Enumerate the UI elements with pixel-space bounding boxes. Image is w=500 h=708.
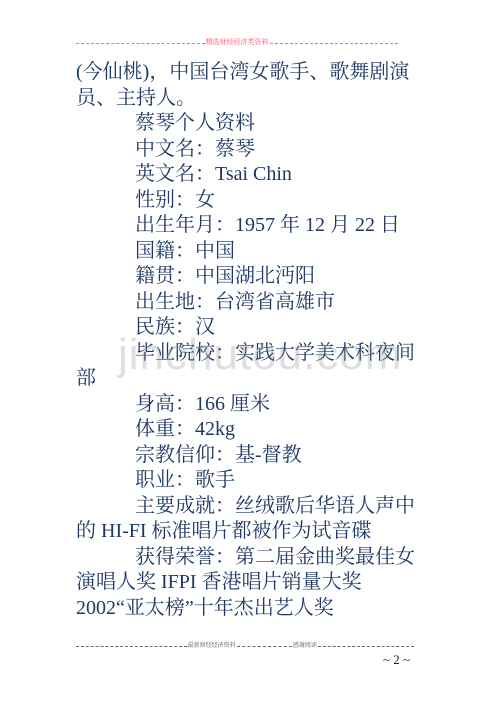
footer-label-right: 感谢阅读 bbox=[292, 642, 318, 650]
footer-dash bbox=[76, 646, 187, 647]
body-line: (今仙桃)，中国台湾女歌手、歌舞剧演 bbox=[76, 60, 416, 86]
field-school-cont: 部 bbox=[76, 366, 416, 392]
field-honors-cont: 2002“亚太榜”十年杰出艺人奖 bbox=[76, 596, 416, 622]
field-native-place: 籍贯：中国湖北沔阳 bbox=[76, 264, 416, 290]
field-nationality: 国籍：中国 bbox=[76, 239, 416, 265]
field-weight: 体重：42kg bbox=[76, 417, 416, 443]
field-achievements-cont: 的 HI-FI 标准唱片都被作为试音碟 bbox=[76, 519, 416, 545]
field-religion: 宗教信仰：基-督教 bbox=[76, 443, 416, 469]
field-ethnicity: 民族：汉 bbox=[76, 315, 416, 341]
header-label: 精选财经经济类资料 bbox=[205, 38, 270, 47]
page-number: ~ 2 ~ bbox=[383, 652, 410, 668]
field-birth-date: 出生年月：1957 年 12 月 22 日 bbox=[76, 213, 416, 239]
page-footer-rule: 最新财经经济资料 感谢阅读 bbox=[76, 642, 414, 650]
field-chinese-name: 中文名：蔡琴 bbox=[76, 137, 416, 163]
field-gender: 性别：女 bbox=[76, 188, 416, 214]
footer-dash bbox=[318, 646, 414, 647]
footer-dash bbox=[237, 646, 292, 647]
footer-label-left: 最新财经经济资料 bbox=[187, 642, 237, 650]
field-height: 身高：166 厘米 bbox=[76, 392, 416, 418]
field-honors: 获得荣誉：第二届金曲奖最佳女 bbox=[76, 545, 416, 571]
header-dash-left bbox=[76, 43, 205, 44]
field-honors-cont: 演唱人奖 IFPI 香港唱片销量大奖 bbox=[76, 570, 416, 596]
field-english-name: 英文名：Tsai Chin bbox=[76, 162, 416, 188]
section-title: 蔡琴个人资料 bbox=[76, 111, 416, 137]
field-school: 毕业院校：实践大学美术科夜间 bbox=[76, 341, 416, 367]
field-achievements: 主要成就：丝绒歌后华语人声中 bbox=[76, 494, 416, 520]
field-birthplace: 出生地：台湾省高雄市 bbox=[76, 290, 416, 316]
field-occupation: 职业：歌手 bbox=[76, 468, 416, 494]
header-dash-right bbox=[270, 43, 399, 44]
body-line: 员、主持人。 bbox=[76, 86, 416, 112]
page-header-rule: 精选财经经济类资料 bbox=[76, 38, 398, 47]
document-body: (今仙桃)，中国台湾女歌手、歌舞剧演 员、主持人。 蔡琴个人资料 中文名：蔡琴 … bbox=[76, 60, 416, 621]
